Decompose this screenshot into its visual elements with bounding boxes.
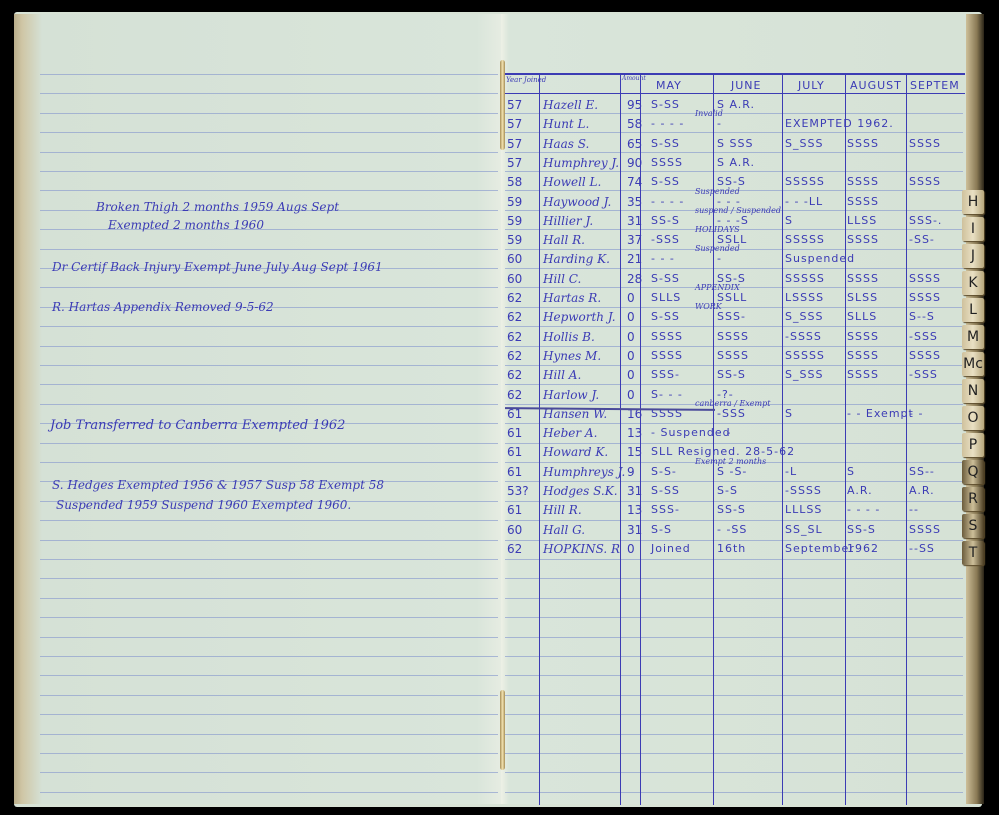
ruled-line	[505, 578, 963, 579]
row-june: 16th	[717, 542, 746, 555]
ruled-line	[40, 559, 498, 560]
ruled-line	[505, 714, 963, 715]
row-june: S A.R.	[717, 156, 755, 169]
ruled-line	[40, 656, 498, 657]
index-tab-t[interactable]: T	[962, 541, 984, 565]
row-may: S-SS	[651, 137, 680, 150]
row-year: 60	[507, 523, 522, 537]
row-july: S	[785, 214, 793, 227]
row-amount: 0	[627, 368, 635, 382]
ruled-line	[40, 249, 498, 250]
row-annotation: Suspended	[695, 187, 740, 196]
note-broken-thigh-line2: Exempted 2 months 1960	[108, 218, 264, 232]
ruled-line	[40, 326, 498, 327]
row-amount: 0	[627, 349, 635, 363]
ruled-line	[40, 384, 498, 385]
ruled-line	[40, 443, 498, 444]
row-may: S-S	[651, 523, 672, 536]
ruled-line	[505, 656, 963, 657]
row-june: SS-S	[717, 503, 746, 516]
row-amount: 9	[627, 465, 635, 479]
ruled-line	[505, 637, 963, 638]
row-name: Hunt L.	[543, 117, 589, 131]
row-june: -	[717, 252, 722, 265]
ruled-line	[40, 675, 498, 676]
ruled-line	[40, 753, 498, 754]
ruled-line	[505, 617, 963, 618]
index-tab-i[interactable]: I	[962, 217, 984, 241]
row-july: September	[785, 542, 855, 555]
row-may: SS-S	[651, 214, 680, 227]
row-august: SSSS	[847, 330, 879, 343]
row-name: Hill C.	[543, 272, 581, 286]
ruled-line	[505, 695, 963, 696]
row-september: -SSS	[909, 330, 938, 343]
index-tab-n[interactable]: N	[962, 379, 984, 403]
row-september: SSSS	[909, 272, 941, 285]
row-year: 61	[507, 426, 522, 440]
row-june: -	[717, 117, 722, 130]
row-september: -SS-	[909, 233, 935, 246]
ruled-line	[40, 190, 498, 191]
row-amount: 31	[627, 523, 642, 537]
ruled-line	[40, 617, 498, 618]
row-year: 57	[507, 98, 522, 112]
row-name: Hazell E.	[543, 98, 598, 112]
header-year-joined: Year Joined	[506, 76, 546, 84]
row-year: 61	[507, 445, 522, 459]
row-september: --SS	[909, 542, 935, 555]
note-hedges-line1: S. Hedges Exempted 1956 & 1957 Susp 58 E…	[52, 478, 384, 492]
row-september: SSSS	[909, 523, 941, 536]
row-may: SSSS	[651, 156, 683, 169]
row-june: S SSS	[717, 137, 753, 150]
row-annotation: Exempt 2 months	[695, 457, 766, 466]
row-amount: 21	[627, 252, 642, 266]
row-name: Hill A.	[543, 368, 581, 382]
row-july: LSSSS	[785, 291, 824, 304]
note-dr-certif: Dr Certif Back Injury Exempt June July A…	[52, 260, 383, 274]
row-year: 62	[507, 388, 522, 402]
row-amount: 0	[627, 291, 635, 305]
table-header-top-line	[505, 73, 965, 75]
row-name: Heber A.	[543, 426, 597, 440]
ruled-line	[40, 132, 498, 133]
ruled-line	[40, 113, 498, 114]
row-august: SLSS	[847, 291, 878, 304]
row-year: 58	[507, 175, 522, 189]
row-september: SSSS	[909, 349, 941, 362]
row-september: SSSS	[909, 175, 941, 188]
row-may: S- - -	[651, 388, 683, 401]
row-year: 57	[507, 137, 522, 151]
ruled-line	[505, 772, 963, 773]
row-may: - - - -	[651, 195, 684, 208]
row-year: 62	[507, 310, 522, 324]
row-july: SS_SL	[785, 523, 823, 536]
row-september: SS--	[909, 465, 935, 478]
row-may: SSSS	[651, 330, 683, 343]
row-may: S-SS	[651, 310, 680, 323]
table-header-bottom-line	[505, 93, 965, 94]
row-august: SLLS	[847, 310, 877, 323]
row-year: 53?	[507, 484, 529, 498]
row-name: Hepworth J.	[543, 310, 616, 324]
row-amount: 13	[627, 426, 642, 440]
row-name: Harding K.	[543, 252, 610, 266]
row-annotation: Suspended	[695, 244, 740, 253]
row-july: S_SSS	[785, 368, 823, 381]
row-year: 57	[507, 156, 522, 170]
row-name: Hill R.	[543, 503, 582, 517]
row-august: - - - -	[847, 503, 880, 516]
row-name: Hodges S.K.	[543, 484, 618, 498]
ruled-line	[40, 734, 498, 735]
ruled-line	[40, 637, 498, 638]
row-year: 59	[507, 233, 522, 247]
table-row: 62HOPKINS. R0Joined16thSeptember1962--SS	[505, 540, 965, 563]
index-tab-o[interactable]: O	[962, 406, 984, 430]
row-may: S-SS	[651, 272, 680, 285]
row-september: A.R.	[909, 484, 935, 497]
row-september: SSSS	[909, 291, 941, 304]
row-year: 59	[507, 195, 522, 209]
row-august: SSSS	[847, 272, 879, 285]
ruled-line	[505, 792, 963, 793]
row-year: 59	[507, 214, 522, 228]
index-tab-l[interactable]: L	[962, 298, 984, 322]
row-june: - -SS	[717, 523, 747, 536]
row-name: Howell L.	[543, 175, 601, 189]
ruled-line	[40, 520, 498, 521]
ruled-line	[40, 74, 498, 75]
ruled-line	[40, 772, 498, 773]
row-amount: 13	[627, 503, 642, 517]
row-amount: 0	[627, 330, 635, 344]
index-tab-s[interactable]: S	[962, 514, 984, 538]
row-amount: 31	[627, 214, 642, 228]
row-july: -L	[785, 465, 797, 478]
row-amount: 65	[627, 137, 642, 151]
row-august: SSSS	[847, 233, 879, 246]
row-august: - - Exempt	[847, 407, 914, 420]
row-june: -SSS	[717, 407, 746, 420]
row-july: SSSSS	[785, 233, 825, 246]
row-annotation: Invalid	[695, 109, 723, 118]
row-september: -SSS	[909, 368, 938, 381]
row-august: LLSS	[847, 214, 877, 227]
row-july: SSSSS	[785, 272, 825, 285]
ruled-line	[40, 578, 498, 579]
index-tabs: HIJKLMMcNOPQRST	[962, 190, 984, 568]
row-july: SSSSS	[785, 349, 825, 362]
row-june: SSSS	[717, 349, 749, 362]
row-year: 60	[507, 272, 522, 286]
row-may: -SSS	[651, 233, 680, 246]
row-annotation: WORK	[695, 302, 722, 311]
row-july: S	[785, 407, 793, 420]
row-year: 57	[507, 117, 522, 131]
row-june: SS-S	[717, 368, 746, 381]
row-annotation: suspend / Suspended	[695, 206, 781, 215]
row-amount: 74	[627, 175, 642, 189]
header-may: MAY	[656, 79, 682, 92]
row-amount: 95	[627, 98, 642, 112]
ruled-line	[40, 287, 498, 288]
row-june: - -	[717, 426, 731, 439]
row-name: Hartas R.	[543, 291, 601, 305]
row-july: S_SSS	[785, 310, 823, 323]
row-name: Humphreys J.	[543, 465, 625, 479]
row-july: EXEMPTED 1962.	[785, 117, 894, 130]
row-august: SSSS	[847, 195, 879, 208]
ruled-line	[40, 598, 498, 599]
index-tab-mc[interactable]: Mc	[962, 352, 984, 376]
index-tab-m[interactable]: M	[962, 325, 984, 349]
row-may: Joined	[651, 542, 691, 555]
row-amount: 0	[627, 388, 635, 402]
ruled-line	[40, 462, 498, 463]
row-september: --	[909, 503, 919, 516]
ruled-line	[40, 792, 498, 793]
row-annotation: HOLIDAYS	[695, 225, 740, 234]
row-september: - -	[909, 407, 923, 420]
staple-bottom	[500, 690, 505, 770]
ruled-line	[40, 540, 498, 541]
index-tab-h[interactable]: H	[962, 190, 984, 214]
row-year: 62	[507, 330, 522, 344]
row-amount: 37	[627, 233, 642, 247]
row-june: SSS-	[717, 310, 746, 323]
row-amount: 0	[627, 542, 635, 556]
index-tab-q[interactable]: Q	[962, 460, 984, 484]
header-june: JUNE	[731, 79, 761, 92]
ruled-line	[40, 346, 498, 347]
row-year: 62	[507, 368, 522, 382]
index-tab-p[interactable]: P	[962, 433, 984, 457]
header-september: SEPTEM	[910, 79, 960, 92]
ruled-line	[505, 675, 963, 676]
row-name: Haas S.	[543, 137, 589, 151]
row-year: 62	[507, 542, 522, 556]
row-name: Humphrey J.	[543, 156, 619, 170]
row-august: SSSS	[847, 175, 879, 188]
row-july: Suspended	[785, 252, 855, 265]
row-name: Hillier J.	[543, 214, 593, 228]
ruled-line	[40, 714, 498, 715]
row-september: SSSS	[909, 137, 941, 150]
note-hedges-line2: Suspended 1959 Suspend 1960 Exempted 196…	[56, 498, 351, 512]
note-canberra: Job Transferred to Canberra Exempted 196…	[50, 418, 345, 433]
row-amount: 15	[627, 445, 642, 459]
header-july: JULY	[798, 79, 825, 92]
row-may: S-SS	[651, 484, 680, 497]
row-august: 1962	[847, 542, 879, 555]
index-tab-j[interactable]: J	[962, 244, 984, 268]
row-amount: 31	[627, 484, 642, 498]
row-august: SSSS	[847, 349, 879, 362]
ruled-line	[40, 93, 498, 94]
row-august: SSSS	[847, 368, 879, 381]
row-july: LLLSS	[785, 503, 822, 516]
row-name: Haywood J.	[543, 195, 611, 209]
row-annotation: canberra / Exempt	[695, 399, 770, 408]
row-year: 62	[507, 291, 522, 305]
row-july: -SSSS	[785, 484, 822, 497]
row-september: S--S	[909, 310, 935, 323]
note-hartas: R. Hartas Appendix Removed 9-5-62	[52, 300, 274, 314]
row-name: Hollis B.	[543, 330, 595, 344]
row-amount: 0	[627, 310, 635, 324]
row-september: SSS-.	[909, 214, 942, 227]
ruled-line	[505, 598, 963, 599]
row-august: A.R.	[847, 484, 873, 497]
row-june: SSSS	[717, 330, 749, 343]
row-august: SSSS	[847, 137, 879, 150]
row-may: - - -	[651, 252, 675, 265]
row-name: HOPKINS. R	[543, 542, 620, 556]
ruled-line	[40, 404, 498, 405]
row-may: SLLS	[651, 291, 681, 304]
row-june: S-S	[717, 484, 738, 497]
row-may: S-SS	[651, 98, 680, 111]
row-june: S -S-	[717, 465, 747, 478]
row-name: Hall R.	[543, 233, 585, 247]
row-year: 62	[507, 349, 522, 363]
row-july: - - -LL	[785, 195, 823, 208]
ruled-line	[40, 152, 498, 153]
row-amount: 58	[627, 117, 642, 131]
row-may: S-S-	[651, 465, 677, 478]
row-august: S	[847, 465, 855, 478]
header-amount: Amount	[622, 75, 646, 82]
ruled-line	[40, 695, 498, 696]
index-tab-r[interactable]: R	[962, 487, 984, 511]
row-name: Hynes M.	[543, 349, 601, 363]
header-august: AUGUST	[850, 79, 902, 92]
ruled-line	[40, 365, 498, 366]
note-broken-thigh-line1: Broken Thigh 2 months 1959 Augs Sept	[96, 200, 339, 214]
row-name: Harlow J.	[543, 388, 599, 402]
row-name: Howard K.	[543, 445, 608, 459]
ruled-line	[505, 734, 963, 735]
row-name: Hall G.	[543, 523, 585, 537]
ruled-line	[40, 171, 498, 172]
row-year: 60	[507, 252, 522, 266]
index-tab-k[interactable]: K	[962, 271, 984, 295]
row-july: -SSSS	[785, 330, 822, 343]
row-july: S_SSS	[785, 137, 823, 150]
row-july: SSSSS	[785, 175, 825, 188]
row-august: SS-S	[847, 523, 876, 536]
row-amount: 35	[627, 195, 642, 209]
ruled-line	[505, 753, 963, 754]
row-may: - - - -	[651, 117, 684, 130]
row-may: S-SS	[651, 175, 680, 188]
row-year: 61	[507, 465, 522, 479]
row-may: SSSS	[651, 349, 683, 362]
row-may: SSS-	[651, 368, 680, 381]
row-year: 61	[507, 503, 522, 517]
row-amount: 28	[627, 272, 642, 286]
row-may: SSS-	[651, 503, 680, 516]
row-annotation: APPENDIX	[695, 283, 740, 292]
row-amount: 90	[627, 156, 642, 170]
